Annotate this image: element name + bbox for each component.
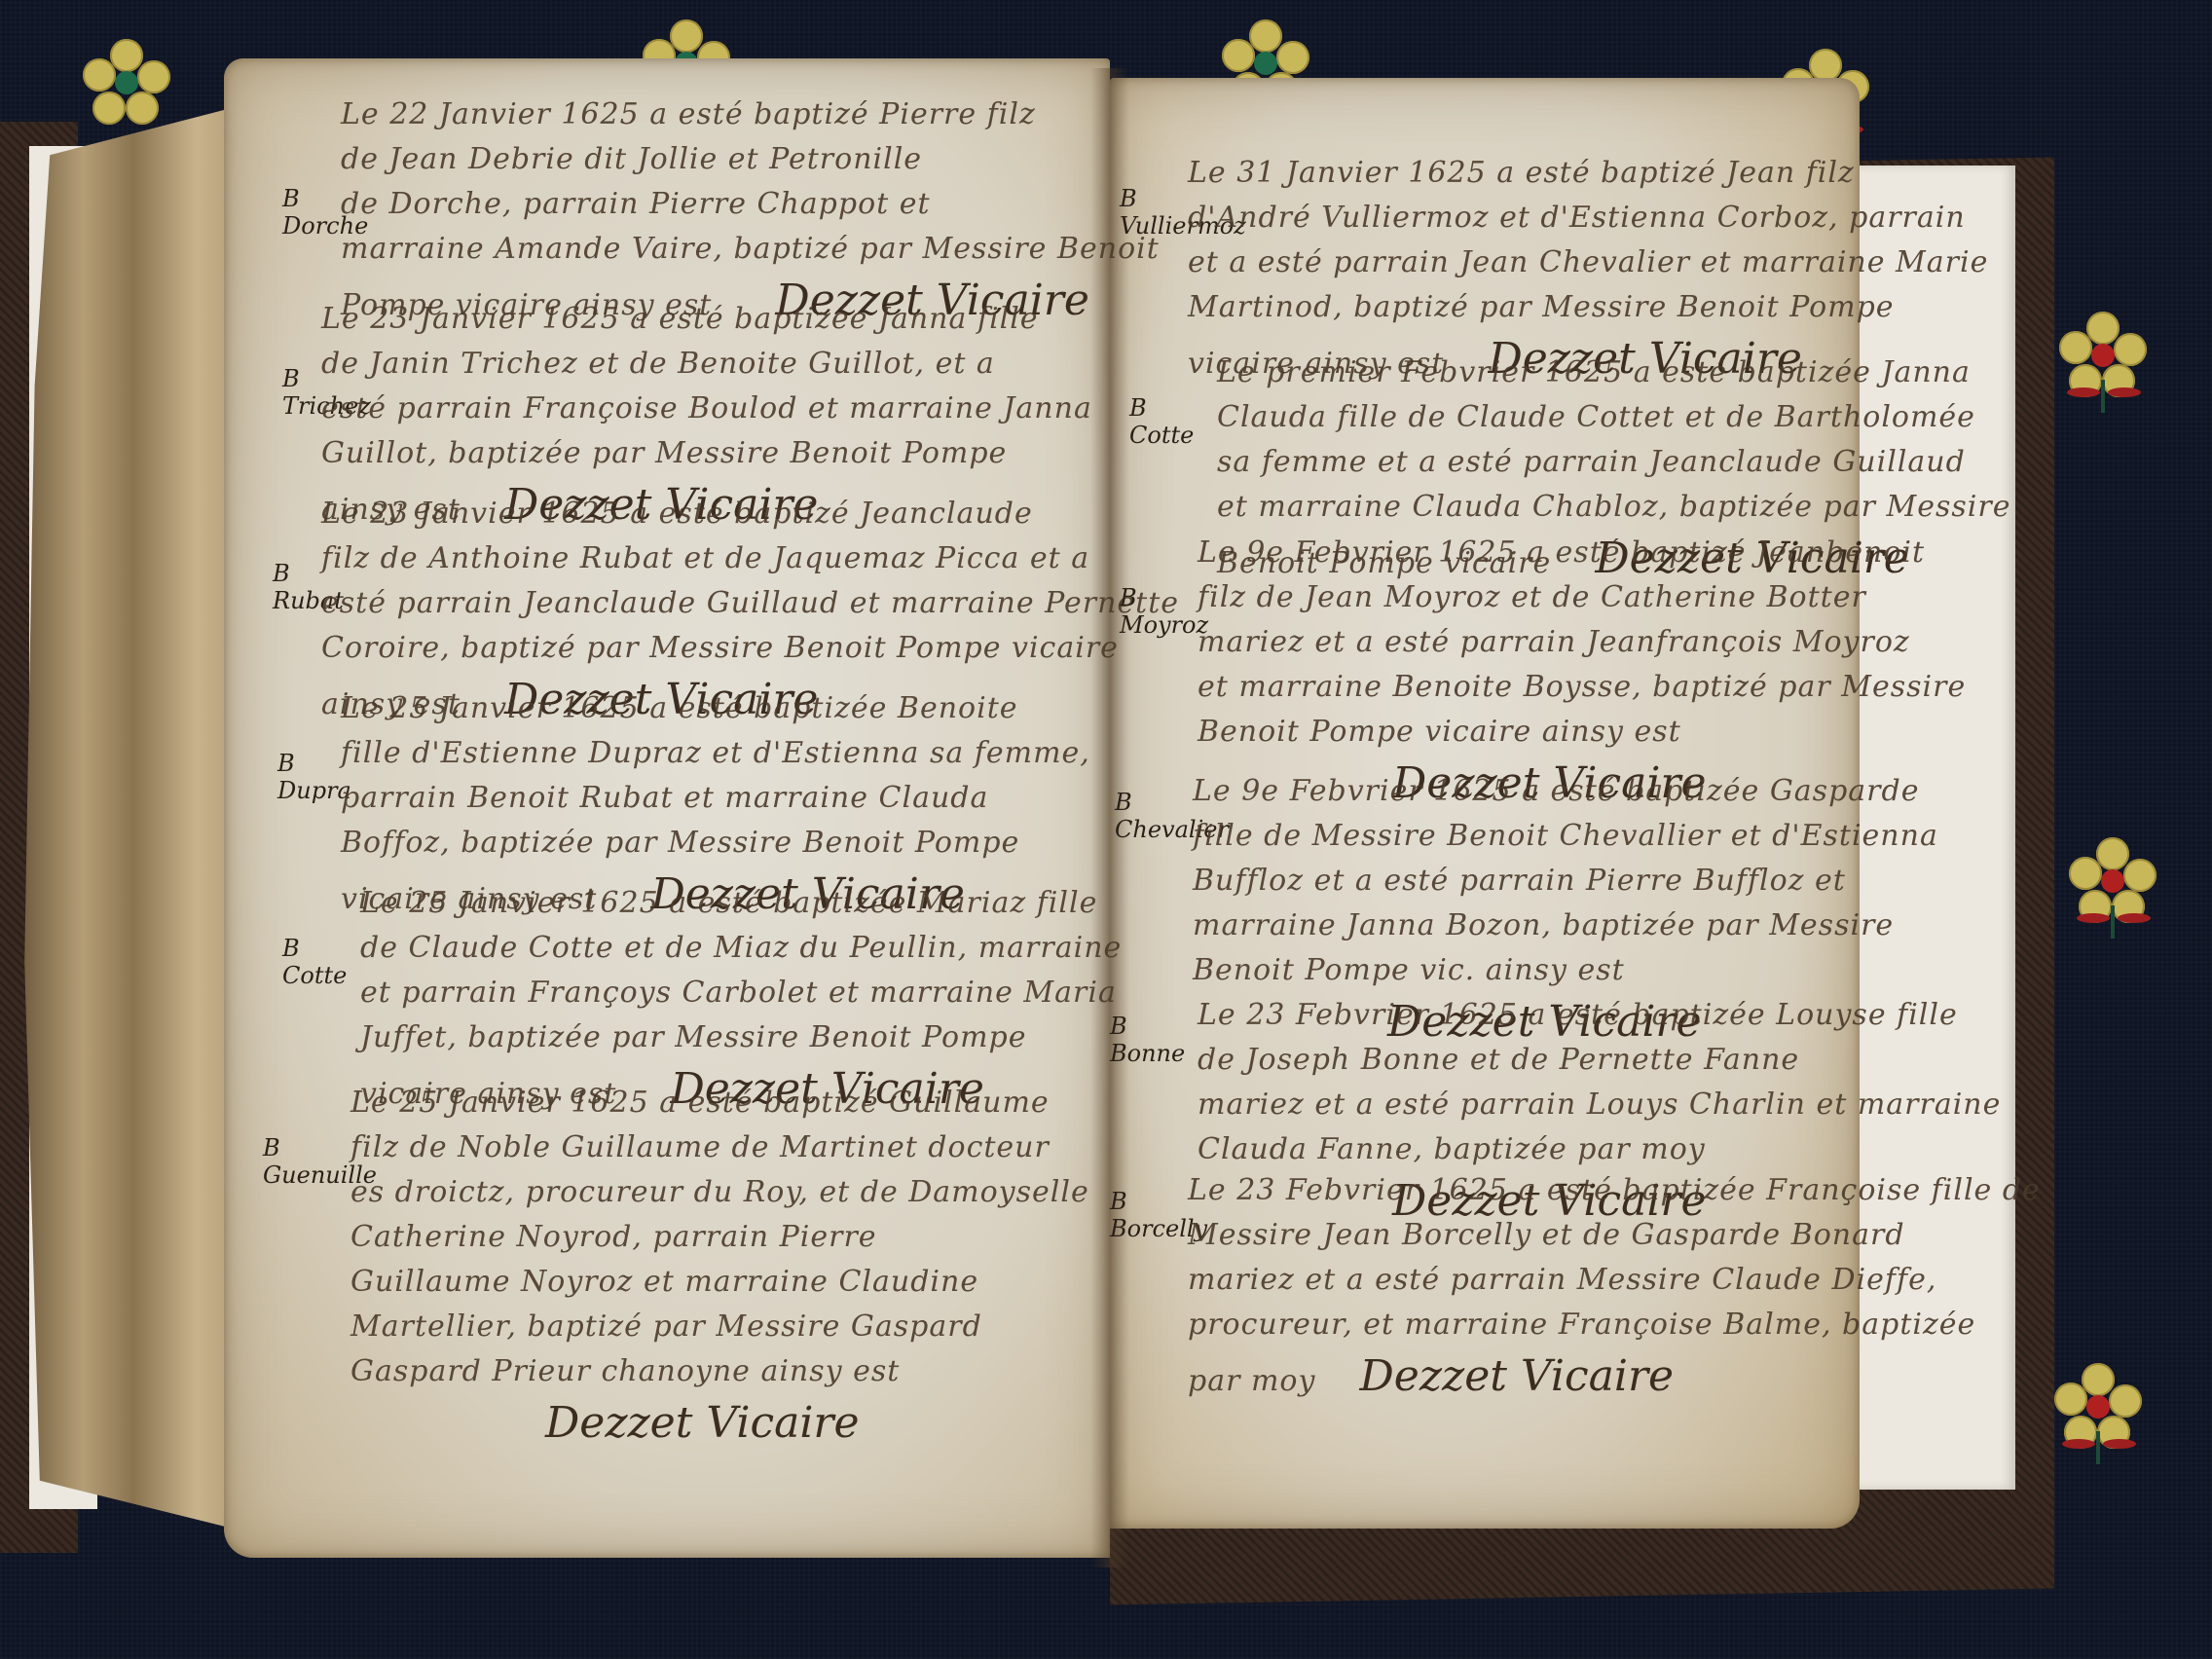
flower-part — [115, 71, 138, 94]
flower-part — [92, 92, 126, 125]
handwritten-line: Le 31 Janvier 1625 a esté baptizé Jean f… — [1188, 151, 1988, 196]
handwritten-line: fille de Messire Benoit Chevallier et d'… — [1193, 814, 1938, 859]
handwritten-line: Le 22 Janvier 1625 a esté baptizé Pierre… — [341, 92, 1160, 137]
handwritten-line: de Jean Debrie dit Jollie et Petronille — [341, 137, 1160, 182]
flower-part — [2108, 387, 2141, 397]
handwritten-line: Le 23 Janvier 1625 a esté baptizée Janna… — [321, 297, 1092, 342]
margin-note-text: B — [1120, 584, 1208, 611]
margin-note: BCotte — [1129, 394, 1194, 449]
handwritten-line: marraine Janna Bozon, baptizée par Messi… — [1193, 903, 1938, 948]
flower-part — [2077, 913, 2110, 923]
flower-part — [670, 19, 703, 53]
margin-note: BCotte — [282, 935, 347, 989]
handwritten-line: Boffoz, baptizée par Messire Benoit Pomp… — [341, 821, 1090, 866]
margin-note: BBonne — [1110, 1013, 1185, 1067]
handwritten-line: de Claude Cotte et de Miaz du Peullin, m… — [360, 926, 1122, 971]
handwritten-line: Juffet, baptizée par Messire Benoit Pomp… — [360, 1015, 1122, 1060]
flower-part — [2101, 380, 2105, 413]
handwritten-line: Messire Jean Borcelly et de Gasparde Bon… — [1188, 1213, 2041, 1258]
handwritten-line: Le 25 Janvier 1625 a esté baptizée Benoi… — [341, 686, 1090, 731]
flower-part — [1254, 52, 1277, 75]
flower-part — [2082, 1363, 2115, 1396]
flower-part — [1276, 41, 1309, 74]
margin-note-text: Cotte — [282, 962, 347, 989]
handwritten-line: Buffloz et a esté parrain Pierre Buffloz… — [1193, 859, 1938, 903]
handwritten-line: esté parrain Jeanclaude Guillaud et marr… — [321, 581, 1179, 626]
handwritten-line: Benoit Pompe vicaire ainsy est — [1198, 710, 1966, 755]
flower-part — [2086, 1395, 2110, 1419]
handwritten-line: sa femme et a esté parrain Jeanclaude Gu… — [1217, 440, 2010, 485]
margin-note: BMoyroz — [1120, 584, 1208, 639]
flower-part — [2054, 1382, 2087, 1416]
handwritten-line: de Janin Trichez et de Benoite Guillot, … — [321, 342, 1092, 387]
handwritten-line: Clauda fille de Claude Cottet et de Bart… — [1217, 395, 2010, 440]
handwritten-line: filz de Noble Guillaume de Martinet doct… — [350, 1125, 1089, 1170]
flower-part — [1222, 39, 1255, 72]
handwritten-line: et parrain Françoys Carbolet et marraine… — [360, 971, 1122, 1015]
handwritten-line: filz de Jean Moyroz et de Catherine Bott… — [1198, 575, 1966, 620]
handwritten-line: Catherine Noyrod, parrain Pierre — [350, 1215, 1089, 1260]
flower-part — [1249, 19, 1282, 53]
flower-part — [2123, 859, 2157, 892]
margin-note-text: Cotte — [1129, 422, 1194, 449]
handwritten-line: de Dorche, parrain Pierre Chappot et — [341, 182, 1160, 227]
handwritten-line: Martellier, baptizé par Messire Gaspard — [350, 1305, 1089, 1349]
flower-part — [2118, 913, 2151, 923]
flower-part — [2067, 387, 2100, 397]
flower-part — [1809, 49, 1842, 82]
flower-part — [2096, 837, 2129, 870]
handwritten-line: et marraine Clauda Chabloz, baptizée par… — [1217, 485, 2010, 530]
baptism-entry: Le 23 Febvrier 1625 a esté baptizée Fran… — [1188, 1168, 2041, 1406]
handwritten-line: marraine Amande Vaire, baptizé par Messi… — [341, 227, 1160, 272]
flower-part — [110, 39, 143, 72]
handwritten-line: Le 23 Janvier 1625 a esté baptizé Jeancl… — [321, 492, 1179, 536]
embroidered-flower-icon — [83, 39, 170, 127]
flower-part — [2114, 333, 2147, 366]
handwritten-line: Le premier Febvrier 1625 a esté baptizée… — [1217, 350, 2010, 395]
handwritten-line: Le 25 Janvier 1625 a esté baptizée Maria… — [360, 881, 1122, 926]
handwritten-line: Gaspard Prieur chanoyne ainsy est — [350, 1349, 1089, 1394]
flower-part — [2059, 331, 2092, 364]
handwritten-line: procureur, et marraine Françoise Balme, … — [1188, 1303, 2041, 1347]
flower-part — [83, 58, 116, 92]
handwritten-line: mariez et a esté parrain Messire Claude … — [1188, 1258, 2041, 1303]
handwritten-line: filz de Anthoine Rubat et de Jaquemaz Pi… — [321, 536, 1179, 581]
handwritten-line: Coroire, baptizé par Messire Benoit Pomp… — [321, 626, 1179, 671]
handwritten-line: fille d'Estienne Dupraz et d'Estienna sa… — [341, 731, 1090, 776]
handwritten-line: par moy — [1188, 1359, 1315, 1404]
handwritten-line: Le 23 Febvrier 1625 a esté baptizée Fran… — [1188, 1168, 2041, 1213]
handwritten-line: et a esté parrain Jean Chevalier et marr… — [1188, 240, 1988, 285]
flower-part — [137, 60, 170, 93]
vicar-signature: Dezzet Vicaire — [545, 1394, 1089, 1453]
margin-note-text: Moyroz — [1120, 611, 1208, 639]
baptism-entry: Le 25 Janvier 1625 a esté baptizé Guilla… — [350, 1081, 1089, 1453]
vicar-signature: Dezzet Vicaire — [1360, 1351, 1674, 1401]
margin-note-text: B — [1129, 394, 1194, 422]
handwritten-line: et marraine Benoite Boysse, baptizé par … — [1198, 665, 1966, 710]
embroidered-flower-icon — [2059, 312, 2147, 399]
margin-note-text: B — [282, 935, 347, 962]
flower-part — [2086, 312, 2120, 345]
handwritten-line: esté parrain Françoise Boulod et marrain… — [321, 387, 1092, 431]
handwritten-line: Guillaume Noyroz et marraine Claudine — [350, 1260, 1089, 1305]
flower-part — [126, 92, 159, 125]
handwritten-line: es droictz, procureur du Roy, et de Damo… — [350, 1170, 1089, 1215]
handwritten-line: mariez et a esté parrain Jeanfrançois Mo… — [1198, 620, 1966, 665]
handwritten-line: Le 25 Janvier 1625 a esté baptizé Guilla… — [350, 1081, 1089, 1125]
embroidered-flower-icon — [2069, 837, 2157, 925]
flower-part — [2069, 857, 2102, 890]
flower-part — [2062, 1439, 2095, 1449]
flower-part — [2091, 344, 2115, 367]
handwritten-line: de Joseph Bonne et de Pernette Fanne — [1198, 1038, 2001, 1083]
handwritten-line: mariez et a esté parrain Louys Charlin e… — [1198, 1083, 2001, 1127]
handwritten-line: Benoit Pompe vic. ainsy est — [1193, 948, 1938, 993]
embroidered-flower-icon — [2054, 1363, 2142, 1451]
handwritten-line: Guillot, baptizée par Messire Benoit Pom… — [321, 431, 1092, 476]
flower-part — [2111, 905, 2115, 939]
handwritten-line: Le 23 Febvrier 1625 a esté baptizée Louy… — [1198, 993, 2001, 1038]
margin-note-text: B — [1110, 1013, 1185, 1040]
handwritten-line: d'André Vulliermoz et d'Estienna Corboz,… — [1188, 196, 1988, 240]
flower-part — [2103, 1439, 2136, 1449]
handwritten-line: Le 9e Febvrier 1625 a esté baptizé Jeanb… — [1198, 531, 1966, 575]
handwritten-line: Martinod, baptizé par Messire Benoit Pom… — [1188, 285, 1988, 330]
handwritten-line: Le 9e Febvrier 1625 a esté baptizée Gasp… — [1193, 769, 1938, 814]
handwritten-line: parrain Benoit Rubat et marraine Clauda — [341, 776, 1090, 821]
flower-part — [2096, 1431, 2100, 1464]
baptism-entry: Le 22 Janvier 1625 a esté baptizé Pierre… — [341, 92, 1160, 330]
flower-part — [2109, 1384, 2142, 1418]
flower-part — [2101, 869, 2124, 893]
margin-note-text: Bonne — [1110, 1040, 1185, 1067]
handwritten-line: Clauda Fanne, baptizée par moy — [1198, 1127, 2001, 1172]
